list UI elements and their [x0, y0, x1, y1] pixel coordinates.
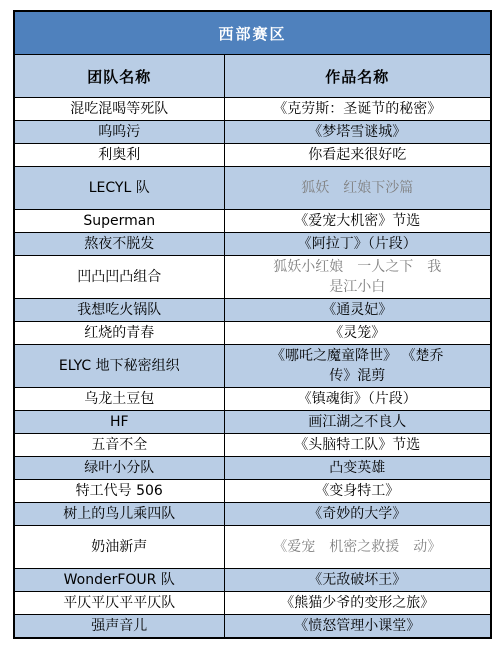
work-name-cell: 《无敌破坏王》: [224, 569, 491, 592]
team-name-cell: 树上的鸟儿乘四队: [14, 503, 224, 526]
table-row: HF画江湖之不良人: [14, 411, 491, 434]
table-row: 熬夜不脱发《阿拉丁》（片段）: [14, 233, 491, 256]
table-row: 我想吃火锅队《通灵妃》: [14, 299, 491, 322]
table-row: 乌龙土豆包《镇魂街》（片段）: [14, 388, 491, 411]
work-name-cell: 《通灵妃》: [224, 299, 491, 322]
table-row: 绿叶小分队凸变英雄: [14, 457, 491, 480]
column-header-row: 团队名称 作品名称: [14, 55, 491, 98]
team-name-cell: Superman: [14, 210, 224, 233]
work-name-cell: 《熊猫少爷的变形之旅》: [224, 592, 491, 615]
table-row: 利奥利你看起来很好吃: [14, 144, 491, 167]
table-row: 混吃混喝等死队《克劳斯：圣诞节的秘密》: [14, 98, 491, 121]
table-row: Superman《爱宠大机密》节选: [14, 210, 491, 233]
table-row: 强声音儿《愤怒管理小课堂》: [14, 615, 491, 639]
work-name-cell: 《爱宠大机密》节选: [224, 210, 491, 233]
table-row: 树上的鸟儿乘四队《奇妙的大学》: [14, 503, 491, 526]
work-name-cell: 《变身特工》: [224, 480, 491, 503]
table-row: LECYL 队狐妖 红娘下沙篇: [14, 167, 491, 210]
table-row: 呜呜污《梦塔雪谜城》: [14, 121, 491, 144]
team-name-cell: 混吃混喝等死队: [14, 98, 224, 121]
table-row: 五音不全《头脑特工队》节选: [14, 434, 491, 457]
team-name-cell: LECYL 队: [14, 167, 224, 210]
work-name-cell: 《奇妙的大学》: [224, 503, 491, 526]
team-name-cell: 红烧的青春: [14, 322, 224, 345]
table-row: 特工代号 506《变身特工》: [14, 480, 491, 503]
team-name-cell: HF: [14, 411, 224, 434]
work-name-cell: 《克劳斯：圣诞节的秘密》: [224, 98, 491, 121]
team-name-cell: WonderFOUR 队: [14, 569, 224, 592]
work-name-cell: 《阿拉丁》（片段）: [224, 233, 491, 256]
team-name-cell: 利奥利: [14, 144, 224, 167]
work-name-cell: 狐妖 红娘下沙篇: [224, 167, 491, 210]
team-name-cell: 平仄平仄平平仄队: [14, 592, 224, 615]
column-header-work: 作品名称: [224, 55, 491, 98]
work-name-cell: 画江湖之不良人: [224, 411, 491, 434]
team-name-cell: 乌龙土豆包: [14, 388, 224, 411]
work-name-cell: 《梦塔雪谜城》: [224, 121, 491, 144]
table-row: 平仄平仄平平仄队《熊猫少爷的变形之旅》: [14, 592, 491, 615]
team-name-cell: 凹凸凹凸组合: [14, 256, 224, 299]
column-header-team: 团队名称: [14, 55, 224, 98]
work-name-cell: 你看起来很好吃: [224, 144, 491, 167]
table-row: 凹凸凹凸组合狐妖小红娘 一人之下 我 是江小白: [14, 256, 491, 299]
work-name-cell: 《哪吒之魔童降世》 《楚乔 传》混剪: [224, 345, 491, 388]
table-title: 西部赛区: [14, 11, 491, 55]
table-body: 混吃混喝等死队《克劳斯：圣诞节的秘密》呜呜污《梦塔雪谜城》利奥利你看起来很好吃L…: [14, 98, 491, 639]
team-name-cell: 特工代号 506: [14, 480, 224, 503]
table-row: WonderFOUR 队《无敌破坏王》: [14, 569, 491, 592]
table-row: 红烧的青春《灵笼》: [14, 322, 491, 345]
work-name-cell: 凸变英雄: [224, 457, 491, 480]
team-name-cell: 我想吃火锅队: [14, 299, 224, 322]
page: 西部赛区 团队名称 作品名称 混吃混喝等死队《克劳斯：圣诞节的秘密》呜呜污《梦塔…: [0, 0, 502, 646]
table-title-row: 西部赛区: [14, 11, 491, 55]
team-name-cell: ELYC 地下秘密组织: [14, 345, 224, 388]
team-name-cell: 绿叶小分队: [14, 457, 224, 480]
work-name-cell: 《爱宠 机密之救援 动》: [224, 526, 491, 569]
team-name-cell: 五音不全: [14, 434, 224, 457]
team-name-cell: 奶油新声: [14, 526, 224, 569]
work-name-cell: 狐妖小红娘 一人之下 我 是江小白: [224, 256, 491, 299]
table-row: ELYC 地下秘密组织《哪吒之魔童降世》 《楚乔 传》混剪: [14, 345, 491, 388]
team-name-cell: 呜呜污: [14, 121, 224, 144]
work-name-cell: 《头脑特工队》节选: [224, 434, 491, 457]
team-name-cell: 强声音儿: [14, 615, 224, 639]
work-name-cell: 《灵笼》: [224, 322, 491, 345]
team-name-cell: 熬夜不脱发: [14, 233, 224, 256]
work-name-cell: 《镇魂街》（片段）: [224, 388, 491, 411]
table-row: 奶油新声《爱宠 机密之救援 动》: [14, 526, 491, 569]
work-name-cell: 《愤怒管理小课堂》: [224, 615, 491, 639]
west-division-table: 西部赛区 团队名称 作品名称 混吃混喝等死队《克劳斯：圣诞节的秘密》呜呜污《梦塔…: [13, 10, 492, 639]
